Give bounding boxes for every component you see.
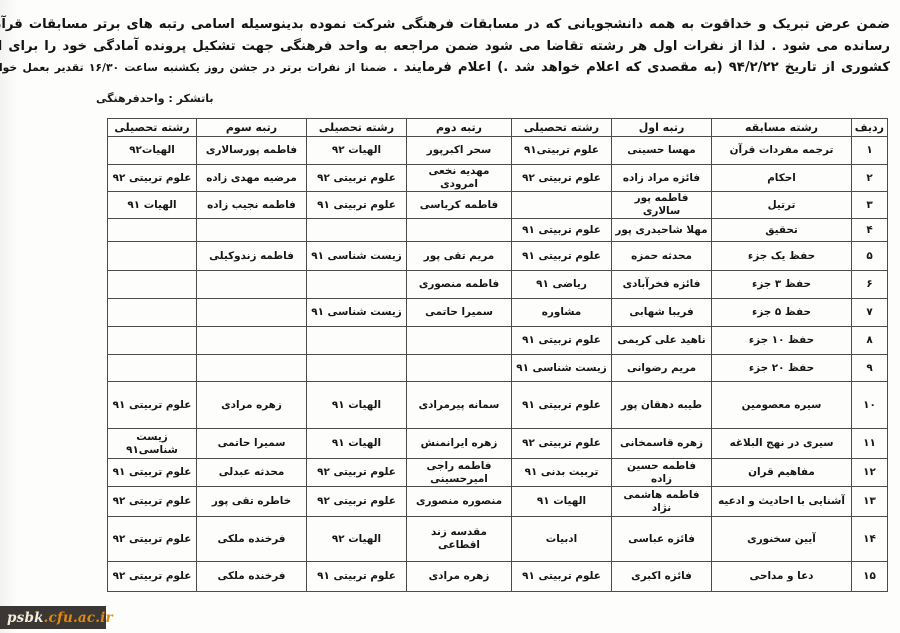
cell-first-major: زیست شناسی ۹۱	[512, 355, 612, 382]
cell-event: دعا و مداحی	[712, 562, 852, 592]
cell-first-major	[512, 192, 612, 219]
intro-line-2: رسانده می شود . لذا از نفرات اول هر رشته…	[10, 36, 890, 58]
cell-third-major: علوم تربیتی ۹۲	[108, 165, 197, 192]
cell-first-major: علوم تربیتی ۹۲	[512, 165, 612, 192]
cell-third: فاطمه پورسالاری	[197, 137, 307, 165]
cell-third: سمیرا حاتمی	[197, 429, 307, 459]
cell-third-major: علوم تربیتی ۹۲	[108, 562, 197, 592]
cell-event: سیره معصومین	[712, 382, 852, 429]
table-row: ۱۰سیره معصومینطیبه دهقان پورعلوم تربیتی …	[108, 382, 888, 429]
cell-first-major: علوم تربیتی ۹۲	[512, 429, 612, 459]
cell-no: ۱۰	[852, 382, 888, 429]
cell-first: فائزه عباسی	[612, 517, 712, 562]
cell-first-major: مشاوره	[512, 299, 612, 327]
column-header: رشته تحصیلی	[307, 119, 407, 137]
column-header: ردیف	[852, 119, 888, 137]
cell-third-major: الهیات ۹۱	[108, 192, 197, 219]
cell-second	[407, 355, 512, 382]
column-header: رشته مسابقه	[712, 119, 852, 137]
cell-third: فاطمه زندوکیلی	[197, 242, 307, 271]
cell-second: سحر اکبرپور	[407, 137, 512, 165]
cell-no: ۵	[852, 242, 888, 271]
cell-second-major	[307, 271, 407, 299]
cell-second-major: الهیات ۹۲	[307, 517, 407, 562]
cell-event: حفظ ۵ جزء	[712, 299, 852, 327]
cell-second-major: علوم تربیتی ۹۲	[307, 487, 407, 517]
cell-second: زهره ایرانمنش	[407, 429, 512, 459]
table-row: ۷حفظ ۵ جزءفریبا شهابیمشاورهسمیرا حاتمیزی…	[108, 299, 888, 327]
column-header: رتبه دوم	[407, 119, 512, 137]
cell-no: ۱۱	[852, 429, 888, 459]
cell-second	[407, 327, 512, 355]
cell-third-major: علوم تربیتی ۹۲	[108, 487, 197, 517]
cell-second-major: زیست شناسی ۹۱	[307, 242, 407, 271]
cell-event: آشنایی با احادیث و ادعیه	[712, 487, 852, 517]
column-header: رشته تحصیلی	[108, 119, 197, 137]
intro-line-3: کشوری از تاریخ ۹۴/۲/۲۲ (به مقصدی که اعلا…	[10, 57, 890, 79]
cell-third-major: علوم تربیتی ۹۲	[108, 517, 197, 562]
cell-first: فاطمه حسین زاده	[612, 459, 712, 487]
cell-first: فائزه فخرآبادی	[612, 271, 712, 299]
cell-second-major: زیست شناسی ۹۱	[307, 299, 407, 327]
cell-event: ترجمه مفردات قرآن	[712, 137, 852, 165]
cell-no: ۱۴	[852, 517, 888, 562]
table-row: ۱۴آیین سخنوریفائزه عباسیادبیاتمقدسه زند …	[108, 517, 888, 562]
table-row: ۱ترجمه مفردات قرآنمهسا حسینیعلوم تربیتی۹…	[108, 137, 888, 165]
table-row: ۱۵دعا و مداحیفائزه اکبریعلوم تربیتی ۹۱زه…	[108, 562, 888, 592]
cell-second: زهره مرادی	[407, 562, 512, 592]
watermark-bar: psbk.cfu.ac.ir	[0, 606, 106, 629]
intro-line-3-bold: کشوری از تاریخ ۹۴/۲/۲۲ (به مقصدی که اعلا…	[393, 60, 890, 75]
cell-second-major: علوم تربیتی ۹۲	[307, 165, 407, 192]
cell-first: زهره قاسمخانی	[612, 429, 712, 459]
cell-first: مهسا حسینی	[612, 137, 712, 165]
cell-second	[407, 219, 512, 242]
cell-event: حفظ ۲۰ جزء	[712, 355, 852, 382]
cell-first-major: علوم تربیتی ۹۱	[512, 327, 612, 355]
cell-first-major: علوم تربیتی ۹۱	[512, 562, 612, 592]
cell-first-major: الهیات ۹۱	[512, 487, 612, 517]
cell-no: ۸	[852, 327, 888, 355]
cell-second-major: الهیات ۹۱	[307, 429, 407, 459]
cell-third-major	[108, 271, 197, 299]
cell-second-major: الهیات ۹۱	[307, 382, 407, 429]
watermark-suffix: .cfu.ac.ir	[44, 610, 113, 626]
cell-event: تحقیق	[712, 219, 852, 242]
cell-second-major: علوم تربیتی ۹۲	[307, 459, 407, 487]
cell-first-major: ادبیات	[512, 517, 612, 562]
table-row: ۱۳آشنایی با احادیث و ادعیهفاطمه هاشمی نژ…	[108, 487, 888, 517]
cell-third-major	[108, 299, 197, 327]
cell-third	[197, 299, 307, 327]
table-body: ۱ترجمه مفردات قرآنمهسا حسینیعلوم تربیتی۹…	[108, 137, 888, 592]
cell-first: ناهید علی کریمی	[612, 327, 712, 355]
cell-event: آیین سخنوری	[712, 517, 852, 562]
table-row: ۳ترتیلفاطمه پور سالاریفاطمه کریاسیعلوم ت…	[108, 192, 888, 219]
cell-event: حفظ ۱۰ جزء	[712, 327, 852, 355]
cell-third-major: الهیات۹۲	[108, 137, 197, 165]
column-header: رشته تحصیلی	[512, 119, 612, 137]
intro-line-1: ضمن عرض تبریک و خداقوت به همه دانشجویانی…	[10, 14, 890, 36]
cell-no: ۹	[852, 355, 888, 382]
cell-second-major	[307, 327, 407, 355]
cell-first-major: علوم تربیتی۹۱	[512, 137, 612, 165]
cell-third: فرخنده ملکی	[197, 562, 307, 592]
cell-no: ۲	[852, 165, 888, 192]
intro-paragraph: ضمن عرض تبریک و خداقوت به همه دانشجویانی…	[10, 14, 890, 79]
cell-event: ترتیل	[712, 192, 852, 219]
cell-second: مریم تقی پور	[407, 242, 512, 271]
cell-event: حفظ یک جزء	[712, 242, 852, 271]
cell-first: مریم رضوانی	[612, 355, 712, 382]
cell-third: فرخنده ملکی	[197, 517, 307, 562]
cell-second: سمانه پیرمرادی	[407, 382, 512, 429]
signature-line: باتشکر : واحدفرهنگی	[96, 92, 213, 105]
cell-third: مرضیه مهدی زاده	[197, 165, 307, 192]
cell-first-major: تربیت بدنی ۹۱	[512, 459, 612, 487]
cell-second-major	[307, 219, 407, 242]
table-row: ۸حفظ ۱۰ جزءناهید علی کریمیعلوم تربیتی ۹۱	[108, 327, 888, 355]
cell-event: احکام	[712, 165, 852, 192]
cell-third-major	[108, 219, 197, 242]
cell-third	[197, 327, 307, 355]
cell-second: منصوره منصوری	[407, 487, 512, 517]
cell-second: مقدسه زند اقطاعی	[407, 517, 512, 562]
cell-second-major	[307, 355, 407, 382]
cell-first-major: علوم تربیتی ۹۱	[512, 242, 612, 271]
cell-no: ۱۳	[852, 487, 888, 517]
cell-second-major: علوم تربیتی ۹۱	[307, 192, 407, 219]
cell-second-major: علوم تربیتی ۹۱	[307, 562, 407, 592]
cell-first-major: علوم تربیتی ۹۱	[512, 219, 612, 242]
table-row: ۱۱سیری در نهج البلاغهزهره قاسمخانیعلوم ت…	[108, 429, 888, 459]
cell-first: طیبه دهقان پور	[612, 382, 712, 429]
column-header: رتبه اول	[612, 119, 712, 137]
table-row: ۴تحقیقمهلا شاحیدری پورعلوم تربیتی ۹۱	[108, 219, 888, 242]
cell-third-major: زیست شناسی۹۱	[108, 429, 197, 459]
cell-event: مفاهیم قران	[712, 459, 852, 487]
cell-third-major: علوم تربیتی ۹۱	[108, 382, 197, 429]
cell-first: مهلا شاحیدری پور	[612, 219, 712, 242]
cell-third-major	[108, 355, 197, 382]
cell-second: فاطمه کریاسی	[407, 192, 512, 219]
cell-first: فائزه مراد زاده	[612, 165, 712, 192]
watermark-prefix: psbk	[7, 610, 44, 626]
cell-no: ۳	[852, 192, 888, 219]
scanned-document-page: ضمن عرض تبریک و خداقوت به همه دانشجویانی…	[0, 0, 900, 633]
cell-no: ۶	[852, 271, 888, 299]
table-row: ۱۲مفاهیم قرانفاطمه حسین زادهتربیت بدنی ۹…	[108, 459, 888, 487]
cell-first: فریبا شهابی	[612, 299, 712, 327]
cell-event: حفظ ۳ جزء	[712, 271, 852, 299]
cell-third-major	[108, 242, 197, 271]
cell-first-major: ریاضی ۹۱	[512, 271, 612, 299]
cell-third-major: علوم تربیتی ۹۱	[108, 459, 197, 487]
cell-no: ۴	[852, 219, 888, 242]
cell-first: فائزه اکبری	[612, 562, 712, 592]
cell-first: محدثه حمزه	[612, 242, 712, 271]
cell-third	[197, 355, 307, 382]
cell-third: فاطمه نجیب زاده	[197, 192, 307, 219]
cell-third: خاطره تقی پور	[197, 487, 307, 517]
cell-event: سیری در نهج البلاغه	[712, 429, 852, 459]
intro-line-3-note: ضمنا از نفرات برتر در جشن روز یکشنبه ساع…	[0, 61, 387, 74]
cell-first-major: علوم تربیتی ۹۱	[512, 382, 612, 429]
header-row: ردیفرشته مسابقهرتبه اولرشته تحصیلیرتبه د…	[108, 119, 888, 137]
table-head: ردیفرشته مسابقهرتبه اولرشته تحصیلیرتبه د…	[108, 119, 888, 137]
cell-first: فاطمه پور سالاری	[612, 192, 712, 219]
cell-third	[197, 271, 307, 299]
cell-second-major: الهیات ۹۲	[307, 137, 407, 165]
cell-second: فاطمه راجی امیرحسینی	[407, 459, 512, 487]
cell-third: محدثه عبدلی	[197, 459, 307, 487]
cell-no: ۱	[852, 137, 888, 165]
table-row: ۶حفظ ۳ جزءفائزه فخرآبادیریاضی ۹۱فاطمه من…	[108, 271, 888, 299]
cell-first: فاطمه هاشمی نژاد	[612, 487, 712, 517]
cell-third: زهره مرادی	[197, 382, 307, 429]
table-row: ۵حفظ یک جزءمحدثه حمزهعلوم تربیتی ۹۱مریم …	[108, 242, 888, 271]
table-row: ۹حفظ ۲۰ جزءمریم رضوانیزیست شناسی ۹۱	[108, 355, 888, 382]
cell-third-major	[108, 327, 197, 355]
cell-second: سمیرا حاتمی	[407, 299, 512, 327]
cell-third	[197, 219, 307, 242]
cell-no: ۱۲	[852, 459, 888, 487]
cell-second: مهدیه نخعی امرودی	[407, 165, 512, 192]
cell-second: فاطمه منصوری	[407, 271, 512, 299]
table-row: ۲احکامفائزه مراد زادهعلوم تربیتی ۹۲مهدیه…	[108, 165, 888, 192]
cell-no: ۷	[852, 299, 888, 327]
cell-no: ۱۵	[852, 562, 888, 592]
results-table: ردیفرشته مسابقهرتبه اولرشته تحصیلیرتبه د…	[107, 118, 888, 592]
column-header: رتبه سوم	[197, 119, 307, 137]
